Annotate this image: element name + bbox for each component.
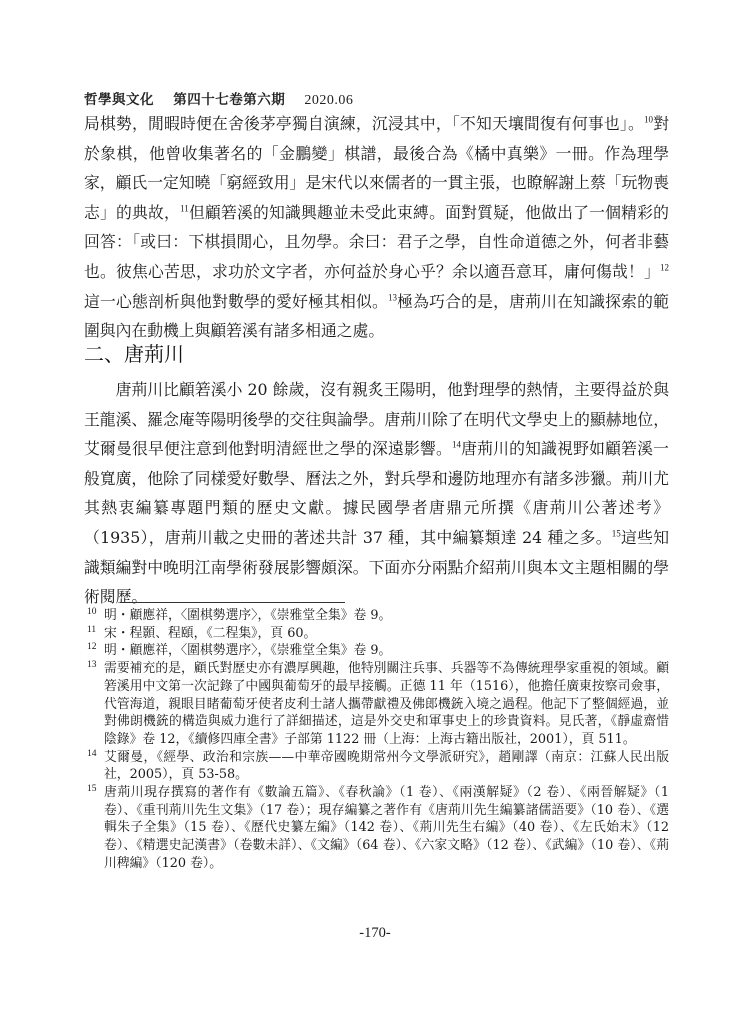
footnote-number: 12 [87, 639, 97, 657]
footnote-number: 15 [87, 781, 97, 799]
footnote-ref-11[interactable]: 11 [180, 204, 189, 214]
footnote-12: 12 明・顧應祥，〈圍棋勢選序〉，《崇雅堂全集》卷 9。 [84, 642, 669, 660]
paragraph-text: 這一心態剖析與他對數學的愛好極其相似。 [84, 292, 388, 311]
body-paragraph-2: 唐荊川比顧箬溪小 20 餘歲，沒有親炙王陽明，他對理學的熱情，主要得益於與王龍溪… [84, 375, 669, 612]
footnotes: 10 明・顧應祥，〈圍棋勢選序〉，《崇雅堂全集》卷 9。 11 宋・程顥、程頤，… [84, 607, 669, 873]
footnote-14: 14 艾爾曼，《經學、政治和宗族——中華帝國晚期常州今文學派研究》，趙剛譯（南京… [84, 749, 669, 784]
volume-issue: 第四十七卷第六期 [173, 92, 285, 108]
document-page: 哲學與文化 第四十七卷第六期 2020.06 局棋勢，閒暇時便在舍後茅亭獨自演練… [0, 0, 750, 1014]
footnote-10: 10 明・顧應祥，〈圍棋勢選序〉，《崇雅堂全集》卷 9。 [84, 607, 669, 625]
footnote-15: 15 唐荊川現存撰寫的著作有《數論五篇》、《春秋論》（1 卷）、《兩漢解疑》（2… [84, 784, 669, 873]
footnote-text: 唐荊川現存撰寫的著作有《數論五篇》、《春秋論》（1 卷）、《兩漢解疑》（2 卷）… [104, 785, 669, 871]
page-number: -170- [0, 925, 750, 942]
running-head: 哲學與文化 第四十七卷第六期 2020.06 [84, 88, 367, 109]
footnote-ref-13[interactable]: 13 [388, 292, 397, 302]
footnote-separator [120, 602, 345, 603]
section-heading: 二、唐荊川 [84, 339, 184, 369]
footnote-number: 13 [87, 657, 97, 675]
footnote-ref-15[interactable]: 15 [612, 529, 621, 539]
footnote-11: 11 宋・程顥、程頤，《二程集》，頁 60。 [84, 625, 669, 643]
footnote-ref-14[interactable]: 14 [452, 440, 461, 450]
footnote-number: 14 [87, 746, 97, 764]
footnote-text: 需要補充的是，顧氏對歷史亦有濃厚興趣，他特別關注兵事、兵器等不為傳統理學家重視的… [104, 661, 669, 747]
footnote-text: 明・顧應祥，〈圍棋勢選序〉，《崇雅堂全集》卷 9。 [104, 643, 391, 658]
footnote-text: 宋・程顥、程頤，《二程集》，頁 60。 [104, 626, 316, 641]
footnote-13: 13 需要補充的是，顧氏對歷史亦有濃厚興趣，他特別關注兵事、兵器等不為傳統理學家… [84, 660, 669, 749]
footnote-ref-10[interactable]: 10 [644, 115, 653, 125]
footnote-number: 11 [87, 622, 96, 640]
footnote-ref-12[interactable]: 12 [660, 263, 669, 273]
body-paragraph-1: 局棋勢，閒暇時便在舍後茅亭獨自演練，沉浸其中，「不知天壤間復有何事也」。10對於… [84, 109, 669, 346]
footnote-text: 艾爾曼，《經學、政治和宗族——中華帝國晚期常州今文學派研究》，趙剛譯（南京：江蘇… [104, 750, 669, 783]
footnote-text: 明・顧應祥，〈圍棋勢選序〉，《崇雅堂全集》卷 9。 [104, 608, 391, 623]
journal-title: 哲學與文化 [84, 92, 154, 108]
paragraph-text: 局棋勢，閒暇時便在舍後茅亭獨自演練，沉浸其中，「不知天壤間復有何事也」。 [84, 114, 644, 133]
footnote-number: 10 [87, 604, 97, 622]
issue-date: 2020.06 [304, 93, 353, 108]
